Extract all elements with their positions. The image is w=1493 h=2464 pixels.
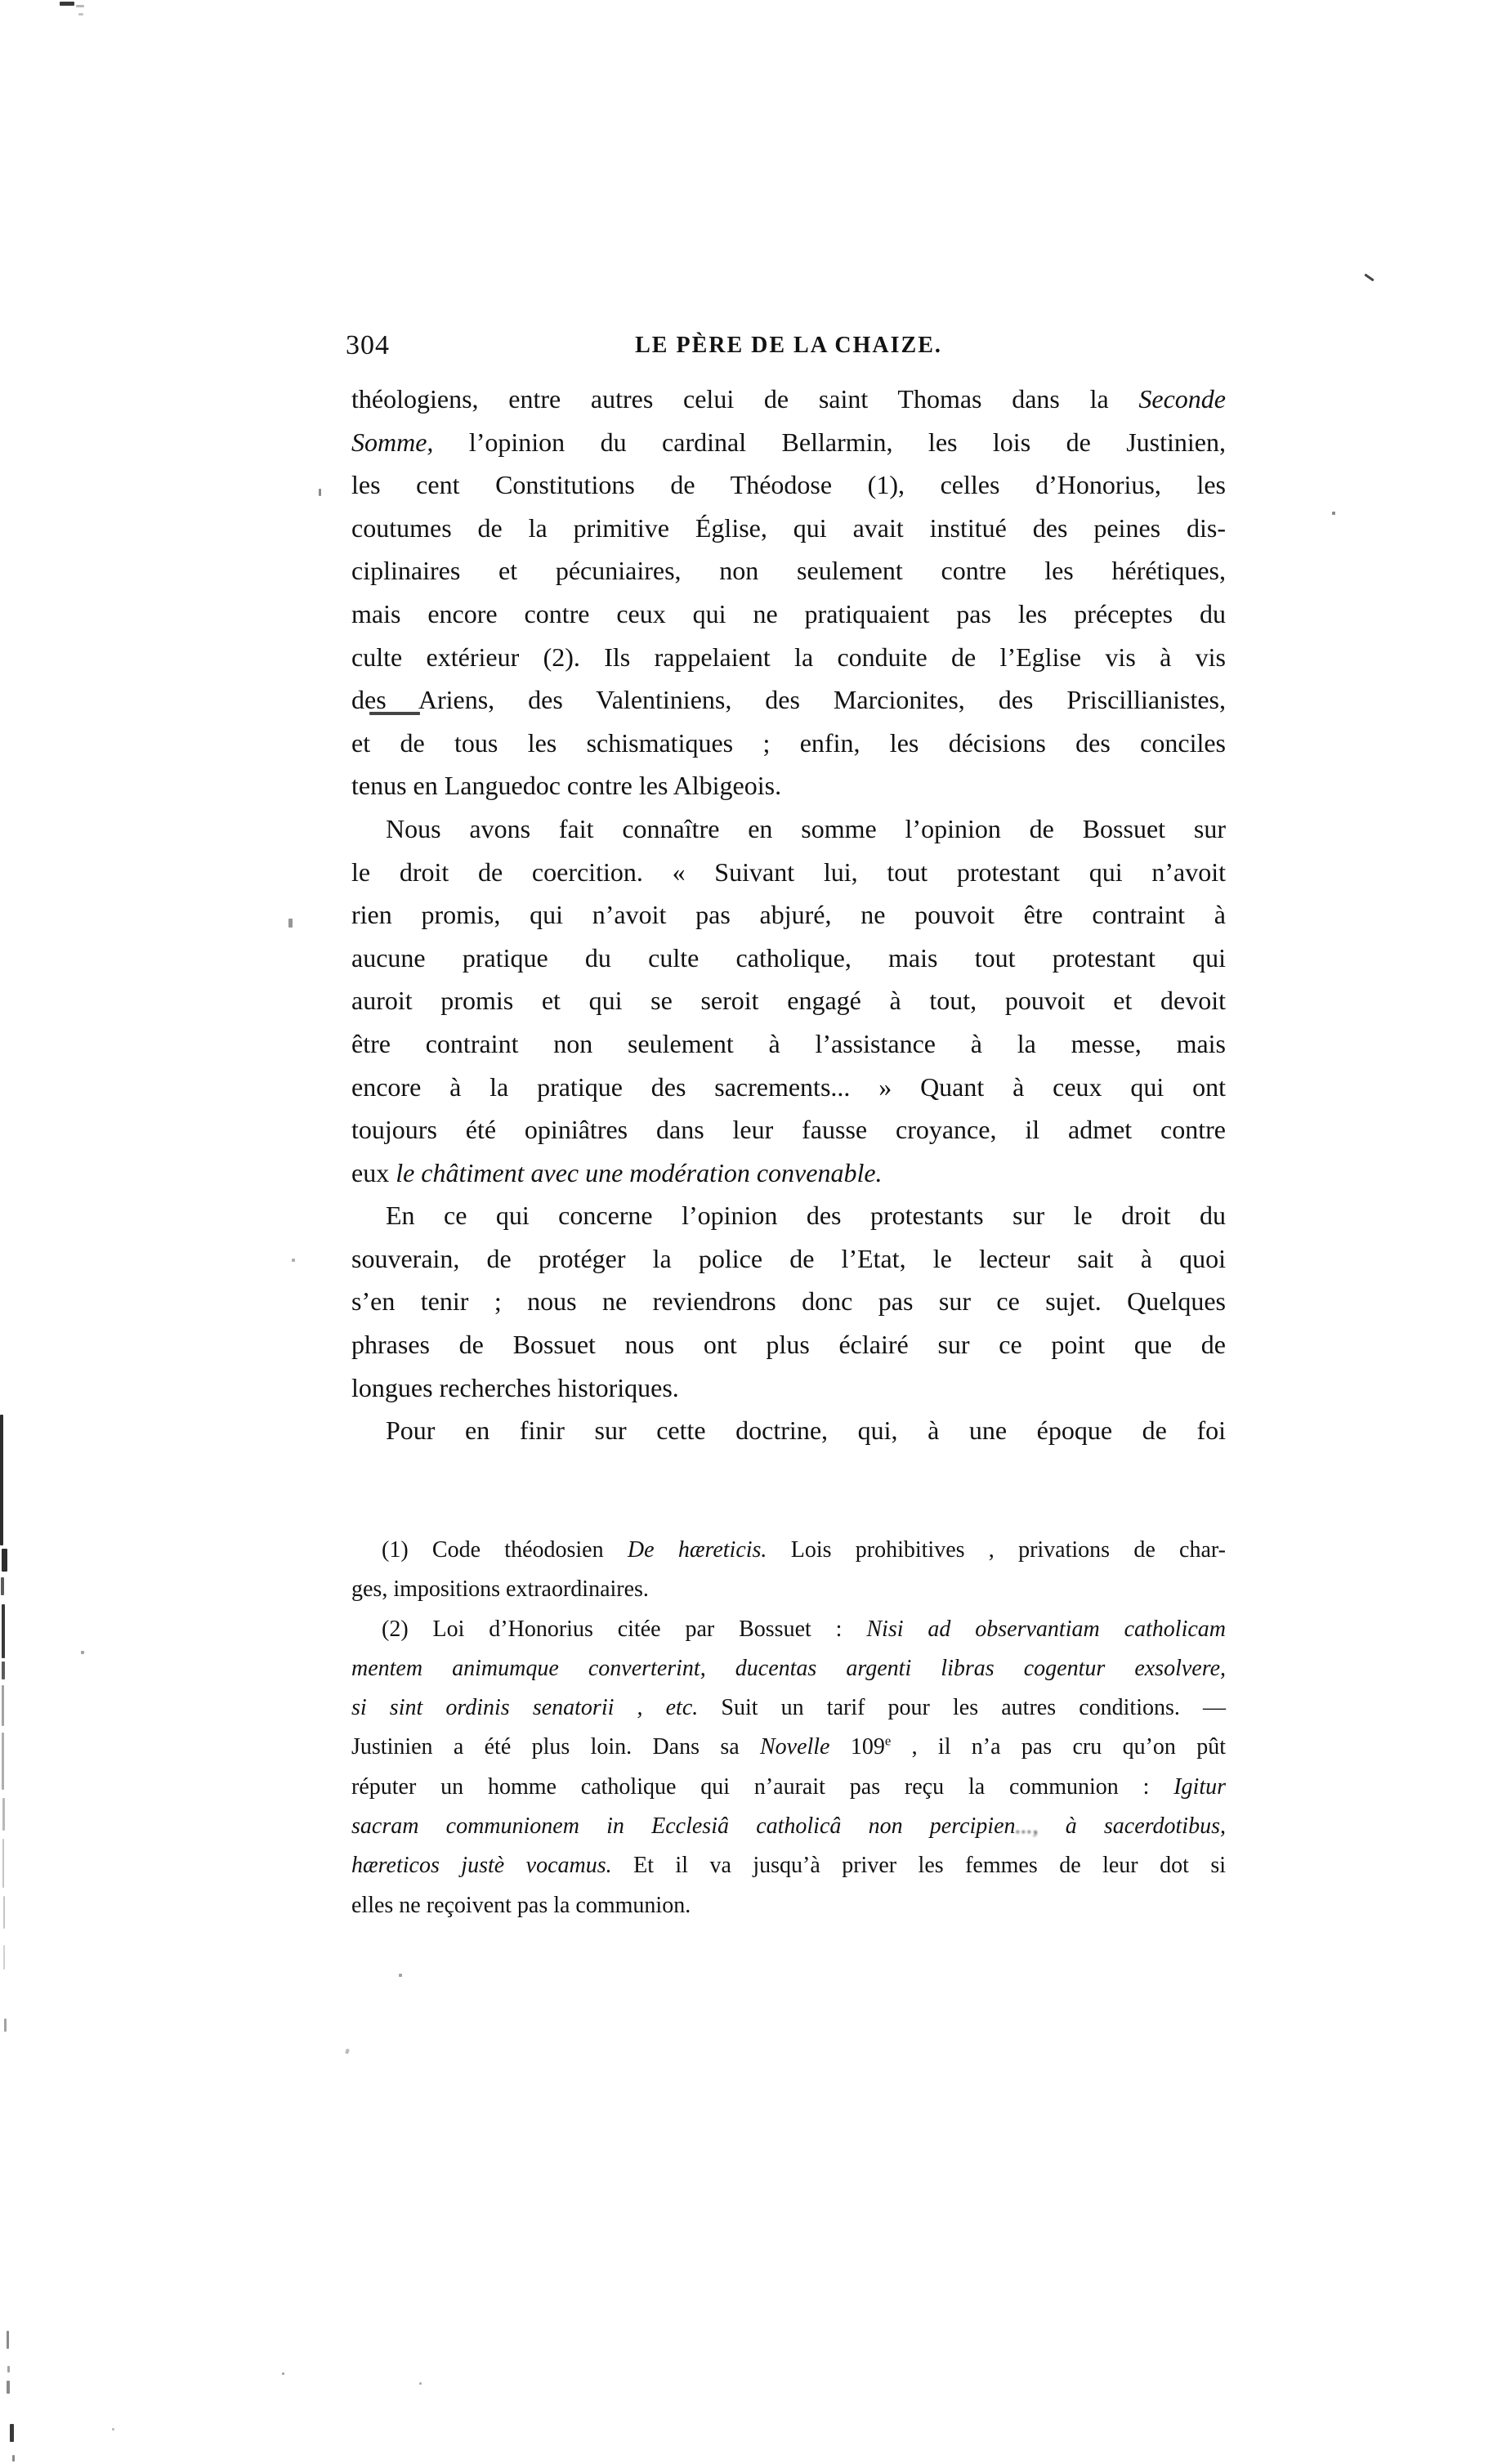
text-segment: tenus en Languedoc contre les Albigeois. xyxy=(351,771,781,800)
body-line: Nous avons fait connaître en somme l’opi… xyxy=(351,807,1226,851)
scan-artifact xyxy=(112,2428,114,2430)
scanned-book-page: 304 LE PÈRE DE LA CHAIZE. théologiens, e… xyxy=(0,0,1493,2464)
text-segment: Igitur xyxy=(1173,1774,1226,1800)
scan-artifact xyxy=(4,2019,7,2032)
page-header: 304 LE PÈRE DE LA CHAIZE. xyxy=(351,327,1226,364)
body-line: souverain, de protéger la police de l’Et… xyxy=(351,1237,1226,1281)
body-line: coutumes de la primitive Église, qui ava… xyxy=(351,507,1226,550)
text-segment: des Ariens, des Valentiniens, des Marcio… xyxy=(351,685,1226,714)
footnote-line: sacram communionem in Ecclesiâ catholicâ… xyxy=(351,1807,1226,1846)
footnote-line: ges, impositions extraordinaires. xyxy=(351,1570,1226,1609)
scan-artifact xyxy=(369,712,420,715)
body-line: tenus en Languedoc contre les Albigeois. xyxy=(351,764,1226,807)
scan-artifact xyxy=(7,2331,9,2349)
body-line: Pour en finir sur cette doctrine, qui, à… xyxy=(351,1409,1226,1452)
text-segment: Seconde xyxy=(1138,384,1226,414)
text-segment: théologiens, entre autres celui de saint… xyxy=(351,384,1138,414)
body-line: théologiens, entre autres celui de saint… xyxy=(351,378,1226,421)
body-line: et de tous les schismatiques ; enfin, le… xyxy=(351,722,1226,765)
running-title: LE PÈRE DE LA CHAIZE. xyxy=(351,327,1226,364)
scan-artifact xyxy=(345,2048,350,2054)
scan-artifact xyxy=(78,13,83,16)
scan-artifact xyxy=(1,1577,4,1595)
scan-artifact xyxy=(2,1685,4,1726)
body-line: toujours été opiniâtres dans leur fausse… xyxy=(351,1108,1226,1152)
text-segment: coutumes de la primitive Église, qui ava… xyxy=(351,513,1226,543)
scan-artifact xyxy=(319,489,321,496)
body-line: ciplinaires et pécuniaires, non seulemen… xyxy=(351,549,1226,593)
body-line: longues recherches historiques. xyxy=(351,1366,1226,1410)
scan-artifact xyxy=(3,1896,5,1929)
footnote-line: hæreticos justè vocamus. Et il va jusqu’… xyxy=(351,1846,1226,1885)
scan-artifact xyxy=(60,2,74,6)
text-segment: auroit promis et qui se seroit engagé à … xyxy=(351,986,1226,1015)
text-segment: s’en tenir ; nous ne reviendrons donc pa… xyxy=(351,1286,1226,1316)
body-line: le droit de coercition. « Suivant lui, t… xyxy=(351,851,1226,894)
scan-artifact xyxy=(7,2366,10,2372)
text-segment: ciplinaires et pécuniaires, non seulemen… xyxy=(351,556,1226,585)
scan-artifact xyxy=(399,1974,402,1977)
scan-artifact xyxy=(76,5,84,7)
footnote-line: (2) Loi d’Honorius citée par Bossuet : N… xyxy=(351,1610,1226,1649)
footnote-line: réputer un homme catholique qui n’aurait… xyxy=(351,1768,1226,1807)
text-segment: (1) Code théodosien xyxy=(382,1537,628,1563)
scan-artifact xyxy=(2,1733,4,1790)
text-segment: l’opinion du cardinal Bellarmin, les loi… xyxy=(433,427,1226,457)
text-segment: Novelle xyxy=(760,1734,830,1760)
footnote-line: elles ne reçoivent pas la communion. xyxy=(351,1886,1226,1925)
scan-artifact xyxy=(282,2372,284,2375)
scan-artifact xyxy=(2,1604,5,1658)
scan-artifact xyxy=(12,2455,15,2462)
text-segment: et de tous les schismatiques ; enfin, le… xyxy=(351,728,1226,758)
text-segment: hæreticos justè vocamus. xyxy=(351,1853,612,1878)
body-line: auroit promis et qui se seroit engagé à … xyxy=(351,979,1226,1022)
footnote-line: Justinien a été plus loin. Dans sa Novel… xyxy=(351,1728,1226,1767)
body-line: encore à la pratique des sacrements... »… xyxy=(351,1066,1226,1109)
scan-artifact xyxy=(7,2381,10,2394)
text-segment: rien promis, qui n’avoit pas abjuré, ne … xyxy=(351,900,1226,929)
text-segment: si sint ordinis senatorii , etc. xyxy=(351,1695,698,1720)
text-segment: mais encore contre ceux qui ne pratiquai… xyxy=(351,599,1226,628)
text-segment: mentem animumque converterint, ducentas … xyxy=(351,1656,1226,1681)
body-line: eux le châtiment avec une modération con… xyxy=(351,1152,1226,1195)
text-segment: Nous avons fait connaître en somme l’opi… xyxy=(386,814,1226,843)
text-segment: Pour en finir sur cette doctrine, qui, à… xyxy=(386,1415,1226,1445)
scan-artifact xyxy=(81,1651,84,1654)
scan-artifact xyxy=(1364,274,1374,282)
text-segment: eux xyxy=(351,1158,396,1187)
text-segment: phrases de Bossuet nous ont plus éclairé… xyxy=(351,1330,1226,1359)
text-segment: sacram communionem in Ecclesiâ catholicâ… xyxy=(351,1813,1016,1839)
body-line: culte extérieur (2). Ils rappelaient la … xyxy=(351,636,1226,679)
text-segment: ..., xyxy=(1016,1813,1039,1839)
text-segment: aucune pratique du culte catholique, mai… xyxy=(351,943,1226,973)
footnote-line: si sint ordinis senatorii , etc. Suit un… xyxy=(351,1688,1226,1728)
text-segment: Justinien a été plus loin. Dans sa xyxy=(351,1734,760,1760)
scan-artifact xyxy=(292,1259,295,1262)
footnote-line: mentem animumque converterint, ducentas … xyxy=(351,1649,1226,1688)
text-segment: (2) Loi d’Honorius citée par Bossuet : xyxy=(382,1617,866,1642)
text-segment: , il n’a pas cru qu’on pût xyxy=(891,1734,1226,1760)
text-segment: Lois prohibitives , privations de char- xyxy=(767,1537,1226,1563)
body-line: les cent Constitutions de Théodose (1), … xyxy=(351,463,1226,507)
text-segment: toujours été opiniâtres dans leur fausse… xyxy=(351,1115,1226,1144)
scan-artifact xyxy=(0,1415,3,1545)
scan-artifact xyxy=(2,1549,7,1572)
text-segment: culte extérieur (2). Ils rappelaient la … xyxy=(351,642,1226,672)
footnote-text: (1) Code théodosien De hæreticis. Lois p… xyxy=(351,1531,1226,1925)
scan-artifact xyxy=(2,1798,5,1831)
scan-artifact xyxy=(2,1839,4,1888)
text-segment: le châtiment avec une modération convena… xyxy=(396,1158,882,1187)
body-line: Somme, l’opinion du cardinal Bellarmin, … xyxy=(351,421,1226,464)
text-segment: encore à la pratique des sacrements... »… xyxy=(351,1072,1226,1102)
body-line: des Ariens, des Valentiniens, des Marcio… xyxy=(351,678,1226,722)
scan-artifact xyxy=(1332,512,1335,515)
text-segment: elles ne reçoivent pas la communion. xyxy=(351,1893,691,1918)
text-segment: à sacerdotibus, xyxy=(1039,1813,1226,1839)
body-line: s’en tenir ; nous ne reviendrons donc pa… xyxy=(351,1280,1226,1323)
scan-artifact xyxy=(3,1945,5,1970)
body-line: En ce qui concerne l’opinion des protest… xyxy=(351,1194,1226,1237)
text-segment: les cent Constitutions de Théodose (1), … xyxy=(351,470,1226,499)
text-segment: 109 xyxy=(830,1734,885,1760)
text-segment: En ce qui concerne l’opinion des protest… xyxy=(386,1201,1226,1230)
text-segment: Suit un tarif pour les autres conditions… xyxy=(698,1695,1226,1720)
scan-artifact xyxy=(2,1661,5,1679)
body-text: théologiens, entre autres celui de saint… xyxy=(351,378,1226,1452)
text-segment: ges, impositions extraordinaires. xyxy=(351,1576,649,1602)
footnote-line: (1) Code théodosien De hæreticis. Lois p… xyxy=(351,1531,1226,1570)
text-segment: longues recherches historiques. xyxy=(351,1373,679,1402)
text-segment: Et il va jusqu’à priver les femmes de le… xyxy=(612,1853,1226,1878)
text-segment: De hæreticis. xyxy=(628,1537,767,1563)
body-line: aucune pratique du culte catholique, mai… xyxy=(351,937,1226,980)
scan-artifact xyxy=(419,2382,422,2385)
body-line: être contraint non seulement à l’assista… xyxy=(351,1022,1226,1066)
scan-artifact xyxy=(10,2424,14,2442)
body-line: mais encore contre ceux qui ne pratiquai… xyxy=(351,593,1226,636)
text-segment: le droit de coercition. « Suivant lui, t… xyxy=(351,857,1226,887)
scan-artifact xyxy=(288,919,293,928)
body-line: rien promis, qui n’avoit pas abjuré, ne … xyxy=(351,893,1226,937)
body-line: phrases de Bossuet nous ont plus éclairé… xyxy=(351,1323,1226,1366)
text-segment: être contraint non seulement à l’assista… xyxy=(351,1029,1226,1058)
text-segment: réputer un homme catholique qui n’aurait… xyxy=(351,1774,1173,1800)
text-segment: Nisi ad observantiam catholicam xyxy=(866,1617,1226,1642)
text-segment: souverain, de protéger la police de l’Et… xyxy=(351,1244,1226,1273)
text-segment: Somme, xyxy=(351,427,433,457)
